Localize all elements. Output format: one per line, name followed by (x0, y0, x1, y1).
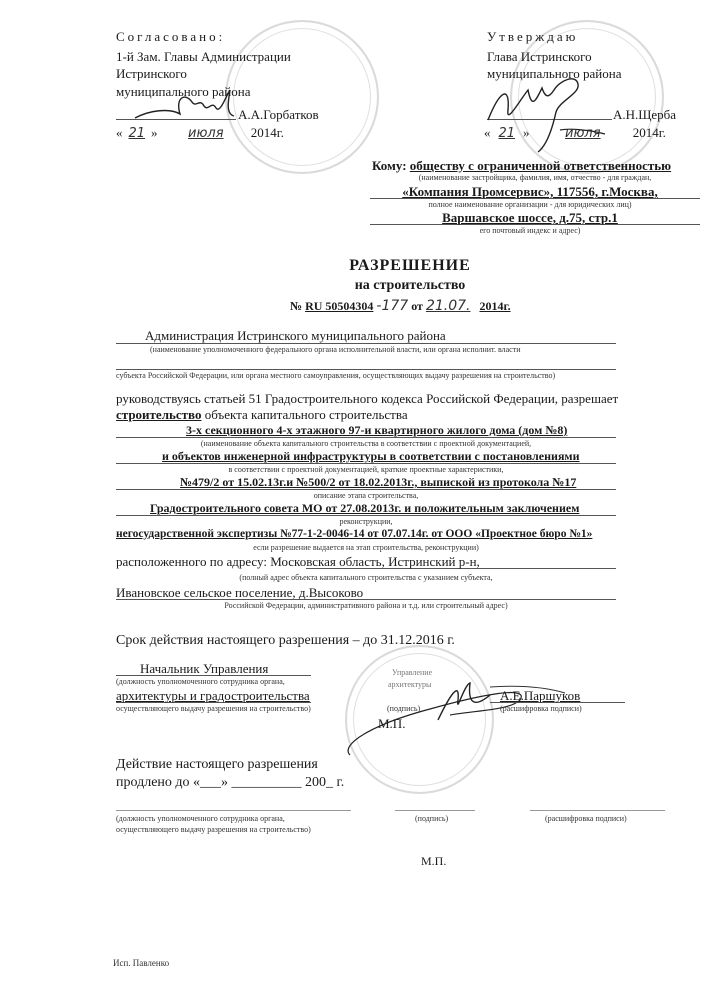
object-line-2: и объектов инженерной инфраструктуры в с… (162, 449, 580, 463)
object-caption-5: если разрешение выдается на этап строите… (116, 543, 616, 553)
permit-type-rest: объекта капитального строительства (201, 407, 407, 422)
extension-position-caption-1: (должность уполномоченного сотрудника ор… (116, 814, 285, 824)
approval-left-year: 2014г. (251, 125, 284, 140)
recipient-caption-2: полное наименование организации - для юр… (370, 200, 690, 210)
approval-right-month: июля (533, 126, 633, 141)
object-caption-3: описание этапа строительства, (116, 491, 616, 501)
recipient-line-1: Кому: обществу с ограниченной ответствен… (372, 158, 671, 173)
permit-number-suffix: -177 (376, 298, 408, 314)
address-line-1: расположенного по адресу: Московская обл… (116, 554, 480, 569)
approval-right-year: 2014г. (633, 125, 666, 140)
address-line-2: Ивановское сельское поселение, д.Высоков… (116, 585, 363, 600)
signatory-name: А.Е.Паршуков (500, 688, 580, 703)
signature-left (130, 88, 250, 124)
permit-type-line: строительство объекта капитального строи… (116, 407, 408, 422)
approval-left-date: «21» июля2014г. (116, 125, 284, 141)
executor: Исп. Павленко (113, 958, 169, 968)
address-label: расположенного по адресу: (116, 554, 267, 569)
permit-date-handwritten: 21.07. (426, 298, 471, 314)
extension-signer-caption: (расшифровка подписи) (545, 814, 627, 824)
signature-right (480, 70, 610, 155)
address-value-1: Московская область, Истринский р-н, (270, 554, 480, 569)
approval-right-day: 21 (491, 126, 524, 141)
approval-right-signer: А.Н.Щерба (613, 107, 676, 122)
object-caption-1: (наименование объекта капитального строи… (116, 439, 616, 449)
object-line-1: 3-х секционного 4-х этажного 97-и кварти… (186, 423, 567, 437)
object-line-4: Градостроительного совета МО от 27.08.20… (150, 501, 579, 515)
signatory-position-caption-1: (должность уполномоченного сотрудника ор… (116, 677, 285, 687)
permit-type: строительство (116, 407, 201, 422)
extension-line-2: продлено до «___» __________ 200_ г. (116, 775, 344, 791)
approval-left-position-1: 1-й Зам. Главы Администрации (116, 49, 291, 64)
recipient-line-2: «Компания Промсервис», 117556, г.Москва, (370, 184, 690, 199)
validity-period: Срок действия настоящего разрешения – до… (116, 633, 455, 649)
issuer-caption-2: субъекта Российской Федерации, или орган… (116, 371, 555, 381)
quote-close: » (151, 125, 158, 140)
permit-date-year: 2014г. (479, 299, 510, 313)
signatory-position-caption-2: осуществляющего выдачу разрешения на стр… (116, 704, 311, 714)
signatory-position-1: Начальник Управления (140, 661, 268, 676)
date-prefix: от (411, 299, 423, 313)
approval-left-signer: А.А.Горбатков (238, 107, 319, 122)
approval-right-position-1: Глава Истринского (487, 49, 592, 64)
recipient-caption-3: его почтовый индекс и адрес) (370, 226, 690, 236)
extension-seal-label: М.П. (421, 854, 446, 868)
approval-left-heading: Согласовано: (116, 29, 225, 44)
approval-left-month: июля (161, 126, 251, 141)
quote-close: » (523, 125, 530, 140)
extension-signature-caption: (подпись) (415, 814, 448, 824)
issuer-caption-1: (наименование уполномоченного федерально… (150, 345, 521, 355)
number-sign: № (290, 299, 302, 313)
object-line-5: негосударственной экспертизы №77-1-2-004… (116, 527, 592, 541)
issuer-name: Администрация Истринского муниципального… (145, 328, 446, 343)
address-caption-2: Российской Федерации, административного … (116, 601, 616, 611)
approval-left-day: 21 (123, 126, 152, 141)
approval-left-position-2: Истринского (116, 66, 187, 81)
approval-right-date: «21» июля2014г. (484, 125, 666, 141)
extension-line-1: Действие настоящего разрешения (116, 757, 318, 773)
permit-number-value: RU 50504304 (305, 299, 373, 313)
recipient-caption-1: (наименование застройщика, фамилия, имя,… (370, 173, 700, 183)
recipient-label: Кому: (372, 158, 407, 173)
title-sub: на строительство (250, 278, 570, 294)
permit-number: № RU 50504304 -177 от 21.07. 2014г. (290, 299, 511, 313)
extension-position-caption-2: осуществляющего выдачу разрешения на стр… (116, 825, 311, 835)
recipient-org-type: обществу с ограниченной ответственностью (410, 158, 671, 173)
quote-open: « (484, 125, 491, 140)
signatory-name-caption: (расшифровка подписи) (500, 704, 582, 714)
title-main: РАЗРЕШЕНИЕ (250, 257, 570, 275)
quote-open: « (116, 125, 123, 140)
signatory-position-2: архитектуры и градостроительства (116, 688, 310, 703)
object-caption-2: в соответствии с проектной документацией… (116, 465, 616, 475)
object-caption-4: реконструкции, (116, 517, 616, 527)
object-line-3: №479/2 от 15.02.13г.и №500/2 от 18.02.20… (180, 475, 576, 489)
recipient-line-3: Варшавское шоссе, д.75, стр.1 (370, 210, 690, 225)
seal-label: М.П. (378, 716, 405, 731)
signature-caption: (подпись) (387, 704, 420, 714)
approval-right-heading: Утверждаю (487, 29, 578, 44)
address-caption-1: (полный адрес объекта капитального строи… (116, 573, 616, 583)
legal-basis: руководствуясь статьей 51 Градостроитель… (116, 391, 618, 406)
